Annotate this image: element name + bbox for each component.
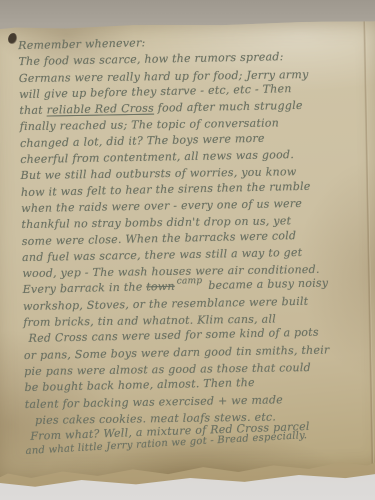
photo-background: Remember whenever: The food was scarce, … (0, 0, 375, 500)
line-post-text: became a busy noisy (204, 277, 328, 293)
line-pre-text: Every barrack in the (23, 281, 147, 297)
handwriting-block: Remember whenever: The food was scarce, … (18, 32, 375, 462)
paper-tear-mark (8, 33, 17, 44)
line-pre-text: that (19, 104, 46, 117)
line-post-text: food after much struggle (154, 99, 303, 115)
inserted-word: camp (177, 277, 203, 288)
handwritten-letter-page: Remember whenever: The food was scarce, … (0, 20, 375, 479)
underlined-phrase: reliable Red Cross (47, 102, 155, 117)
struck-out-word: town (146, 280, 175, 294)
